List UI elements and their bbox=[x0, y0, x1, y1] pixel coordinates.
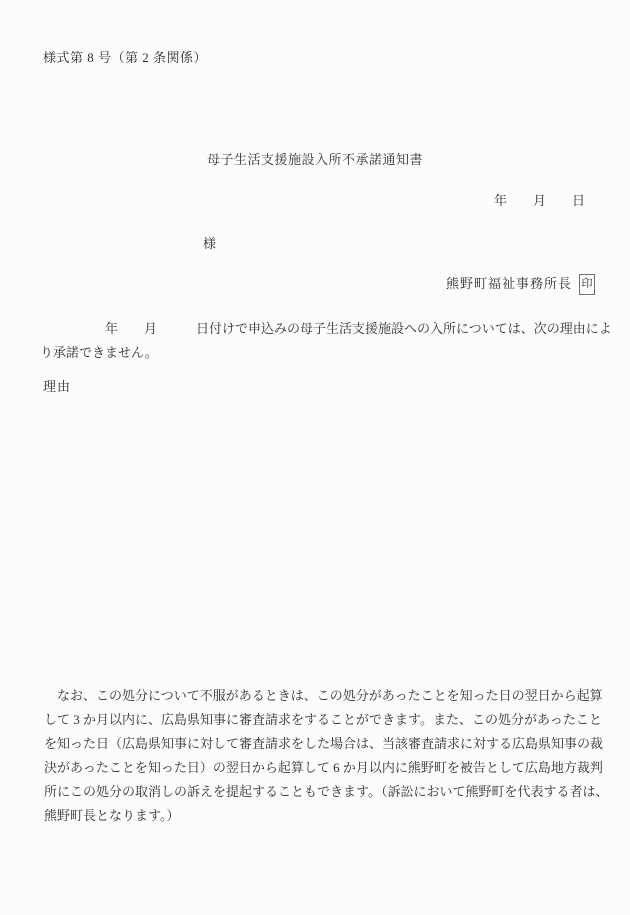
form-number: 様式第 8 号（第 2 条関係） bbox=[43, 50, 207, 67]
document-page: 様式第 8 号（第 2 条関係） 母子生活支援施設入所不承諾通知書 年 月 日 … bbox=[0, 0, 630, 915]
addressee-suffix: 様 bbox=[203, 236, 216, 253]
reason-label: 理由 bbox=[43, 379, 71, 396]
issuer-line: 熊野町福祉事務所長 印 bbox=[446, 274, 595, 295]
notification-body: 年 月 日付けで申込みの母子生活支援施設への入所については、次の理由によ り承諾… bbox=[40, 317, 620, 365]
seal-placeholder-icon: 印 bbox=[579, 274, 595, 295]
issuer-name: 熊野町福祉事務所長 bbox=[446, 276, 572, 293]
issue-date-blank: 年 月 日 bbox=[494, 193, 585, 210]
appeal-instructions: なお、この処分について不服があるときは、この処分があったことを知った日の翌日から… bbox=[44, 684, 622, 828]
document-title: 母子生活支援施設入所不承諾通知書 bbox=[0, 152, 630, 169]
